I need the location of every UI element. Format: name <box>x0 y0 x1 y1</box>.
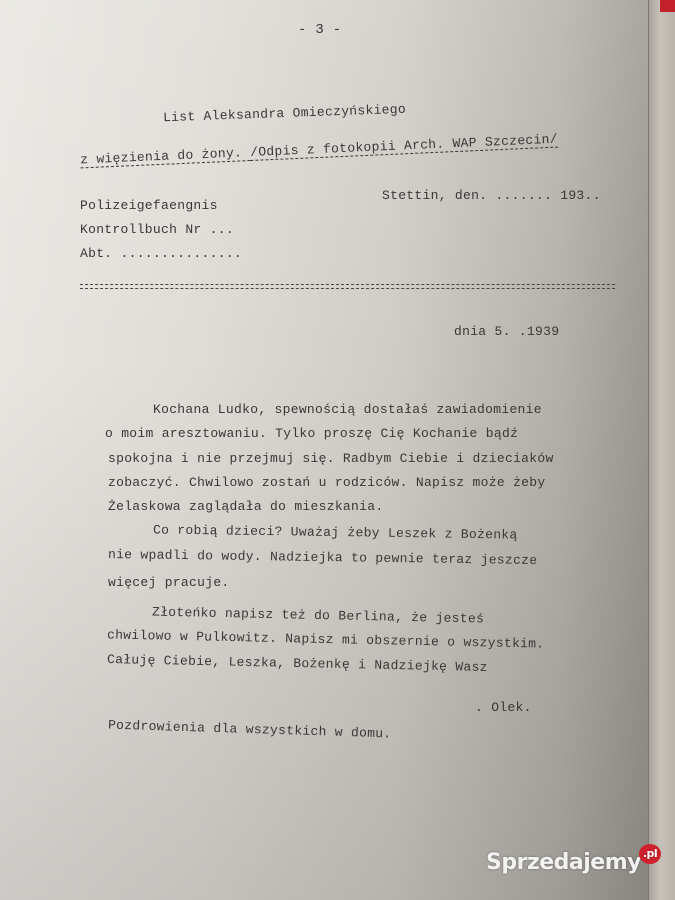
red-background-corner <box>660 0 675 12</box>
body-line: Kochana Ludko, spewnością dostałaś zawia… <box>153 402 542 417</box>
document-page <box>0 0 660 900</box>
page-number: - 3 - <box>298 22 342 38</box>
letterhead-place-date: Stettin, den. ....... 193.. <box>382 188 601 203</box>
next-page-edge <box>648 0 675 900</box>
body-line: o moim aresztowaniu. Tylko proszę Cię Ko… <box>105 426 518 441</box>
body-line: spokojna i nie przejmuj się. Radbym Cieb… <box>108 451 554 466</box>
body-line: Żelaskowa zaglądała do mieszkania. <box>108 499 383 514</box>
watermark-brand: Sprzedajemy <box>486 850 641 875</box>
letterhead-department: Abt. ............... <box>80 246 242 261</box>
body-line: więcej pracuje. <box>108 575 230 590</box>
watermark-tld-badge: .pl <box>639 844 661 864</box>
letterhead-institution: Polizeigefaengnis <box>80 198 218 213</box>
signature: . Olek. <box>475 700 532 715</box>
body-line: zobaczyć. Chwilowo zostań u rodziców. Na… <box>108 475 545 490</box>
separator-rule <box>80 284 615 289</box>
letterhead-register: Kontrollbuch Nr ... <box>80 222 234 237</box>
watermark-logo: Sprzedajemy.pl <box>486 850 661 875</box>
letter-date: dnia 5. .1939 <box>454 324 559 339</box>
